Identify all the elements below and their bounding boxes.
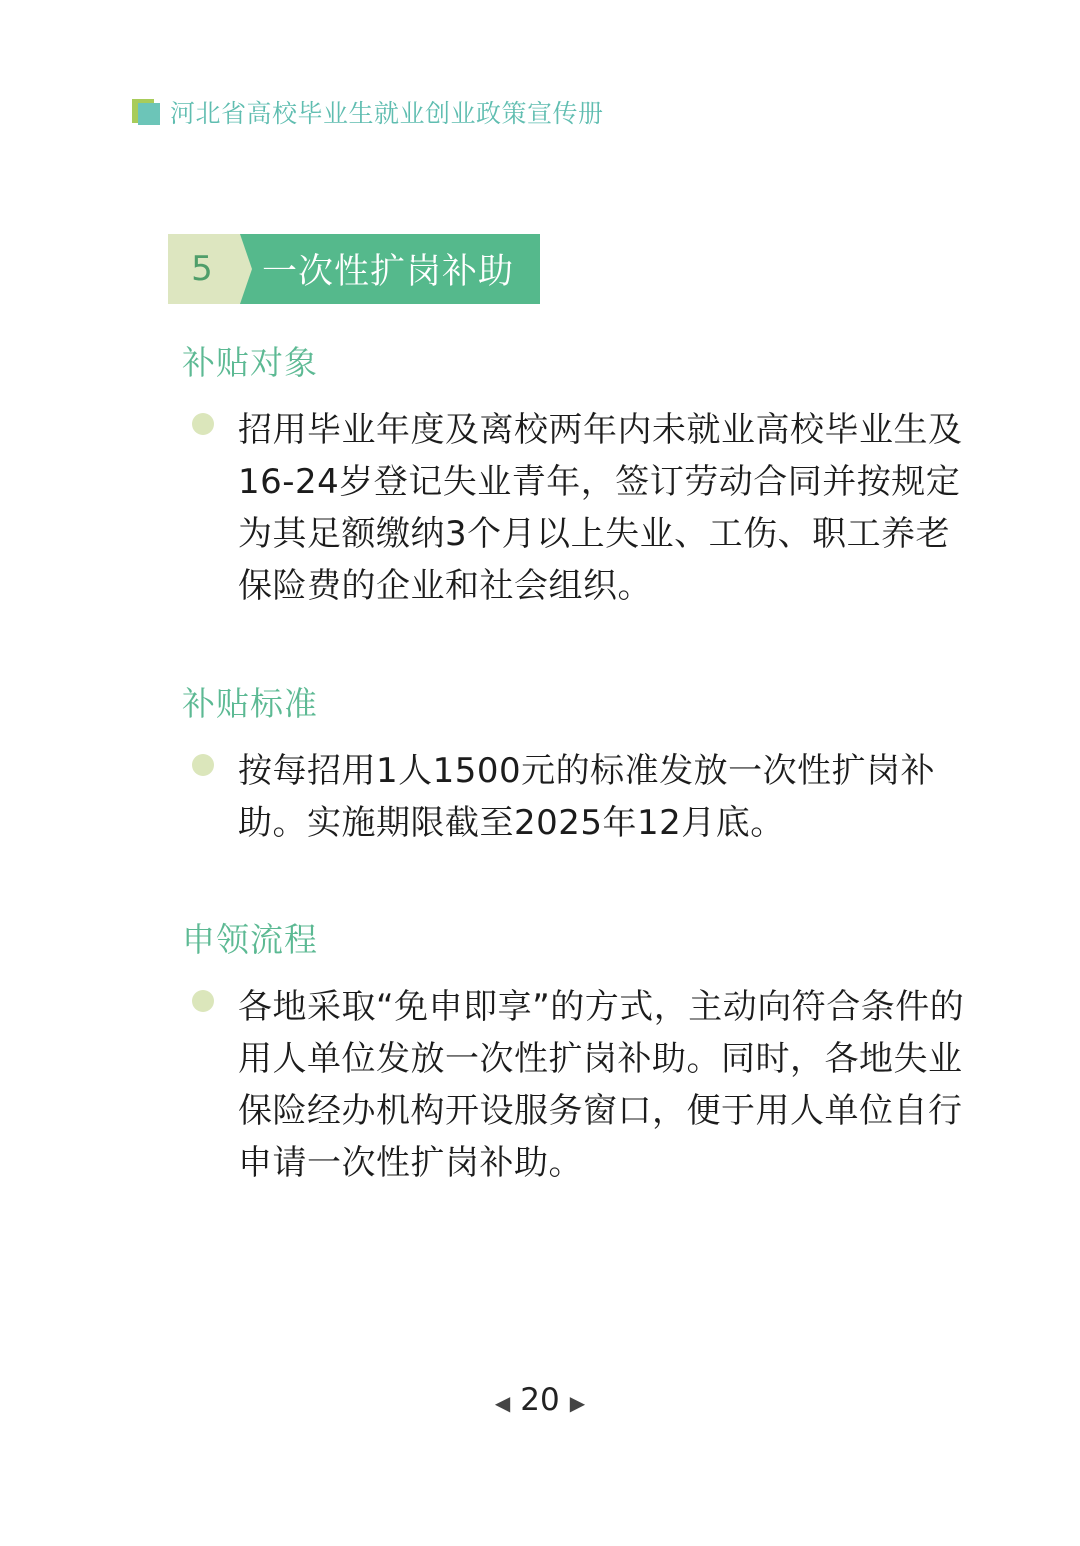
next-page-arrow-icon: ▶ [570,1391,585,1415]
bullet-text: 各地采取“免申即享”的方式，主动向符合条件的用人单位发放一次性扩岗补助。同时，各… [238,981,966,1189]
booklet-header: 河北省高校毕业生就业创业政策宣传册 [132,92,604,132]
bullet-text: 按每招用1人1500元的标准发放一次性扩岗补助。实施期限截至2025年12月底。 [238,745,966,849]
bullet-dot-icon [192,754,214,776]
section-title: 一次性扩岗补助 [262,244,514,294]
section-banner: 5 一次性扩岗补助 [168,234,540,304]
page-number: 20 [520,1382,559,1418]
prev-page-arrow-icon: ◀ [495,1391,510,1415]
subsection-heading-target: 补贴对象 [182,337,318,384]
bullet-text: 招用毕业年度及离校两年内未就业高校毕业生及16-24岁登记失业青年，签订劳动合同… [238,404,966,612]
bullet-dot-icon [192,413,214,435]
bullet-item-target: 招用毕业年度及离校两年内未就业高校毕业生及16-24岁登记失业青年，签订劳动合同… [192,404,972,612]
subsection-heading-process: 申领流程 [182,914,318,961]
bullet-item-standard: 按每招用1人1500元的标准发放一次性扩岗补助。实施期限截至2025年12月底。 [192,745,972,849]
two-squares-icon [132,97,162,127]
section-title-box: 一次性扩岗补助 [240,234,540,304]
icon-front-square [138,103,160,125]
bullet-dot-icon [192,990,214,1012]
subsection-heading-standard: 补贴标准 [182,678,318,725]
bullet-item-process: 各地采取“免申即享”的方式，主动向符合条件的用人单位发放一次性扩岗补助。同时，各… [192,981,972,1189]
section-number: 5 [168,234,240,304]
booklet-title: 河北省高校毕业生就业创业政策宣传册 [170,94,604,130]
page-number-footer: ◀ 20 ▶ [0,1382,1080,1418]
